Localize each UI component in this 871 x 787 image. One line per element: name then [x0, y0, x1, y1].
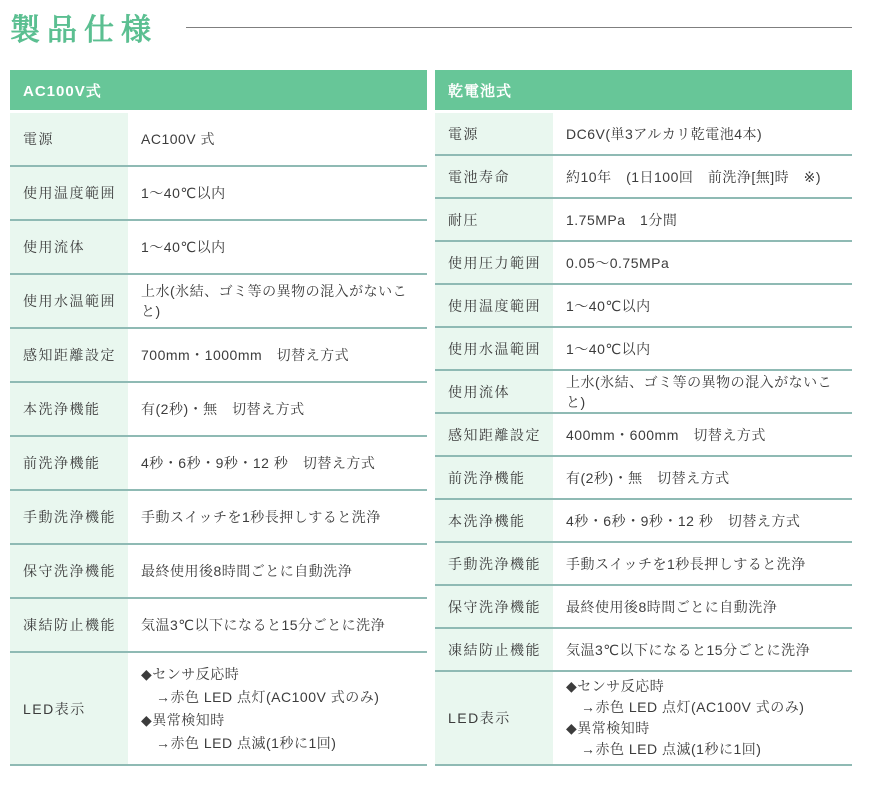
table-row-led: LED表示 ◆センサ反応時 →赤色 LED 点灯(AC100V 式のみ) ◆異常…	[10, 653, 427, 766]
table-row: 使用水温範囲 1〜40℃以内	[435, 328, 852, 371]
table-row: 使用圧力範囲 0.05〜0.75MPa	[435, 242, 852, 285]
row-label: 電池寿命	[435, 156, 553, 197]
row-label: 凍結防止機能	[10, 599, 128, 651]
led-line: →赤色 LED 点灯(AC100V 式のみ)	[566, 697, 804, 718]
row-value: 400mm・600mm 切替え方式	[553, 414, 852, 455]
row-value: 700mm・1000mm 切替え方式	[128, 329, 427, 381]
title-rule	[186, 27, 852, 28]
row-label: 手動洗浄機能	[10, 491, 128, 543]
row-value: AC100V 式	[128, 113, 427, 165]
table-row: 手動洗浄機能 手動スイッチを1秒長押しすると洗浄	[10, 491, 427, 545]
page-title: 製品仕様	[10, 5, 158, 49]
row-label: 電源	[435, 113, 553, 154]
row-label: LED表示	[435, 672, 553, 764]
led-line: ◆異常検知時	[141, 709, 225, 732]
table-row: 耐圧 1.75MPa 1分間	[435, 199, 852, 242]
table-row: 前洗浄機能 有(2秒)・無 切替え方式	[435, 457, 852, 500]
row-label: 手動洗浄機能	[435, 543, 553, 584]
row-label: 使用水温範囲	[435, 328, 553, 369]
row-label: LED表示	[10, 653, 128, 764]
table-row: 電源 AC100V 式	[10, 113, 427, 167]
led-line: →赤色 LED 点灯(AC100V 式のみ)	[141, 686, 379, 709]
row-value: 1〜40℃以内	[553, 328, 852, 369]
row-label: 使用圧力範囲	[435, 242, 553, 283]
table-row: 使用流体 1〜40℃以内	[10, 221, 427, 275]
led-line: →赤色 LED 点滅(1秒に1回)	[141, 732, 336, 755]
row-label: 凍結防止機能	[435, 629, 553, 670]
row-value: 気温3℃以下になると15分ごとに洗浄	[128, 599, 427, 651]
table-row: 前洗浄機能 4秒・6秒・9秒・12 秒 切替え方式	[10, 437, 427, 491]
led-line: ◆センサ反応時	[141, 663, 239, 686]
spec-table-ac100v: AC100V式 電源 AC100V 式 使用温度範囲 1〜40℃以内 使用流体 …	[10, 70, 427, 766]
row-label: 保守洗浄機能	[10, 545, 128, 597]
table-row: 使用流体 上水(氷結、ゴミ等の異物の混入がないこと)	[435, 371, 852, 414]
row-label: 使用温度範囲	[435, 285, 553, 326]
row-value: 4秒・6秒・9秒・12 秒 切替え方式	[553, 500, 852, 541]
row-label: 感知距離設定	[435, 414, 553, 455]
table-header-battery: 乾電池式	[435, 70, 852, 110]
row-label: 前洗浄機能	[10, 437, 128, 489]
led-line: ◆センサ反応時	[566, 676, 664, 697]
row-value: 0.05〜0.75MPa	[553, 242, 852, 283]
row-value: 1〜40℃以内	[553, 285, 852, 326]
row-value: 有(2秒)・無 切替え方式	[128, 383, 427, 435]
table-row: 使用温度範囲 1〜40℃以内	[10, 167, 427, 221]
spec-tables: AC100V式 電源 AC100V 式 使用温度範囲 1〜40℃以内 使用流体 …	[10, 70, 852, 766]
spec-table-battery: 乾電池式 電源 DC6V(単3アルカリ乾電池4本) 電池寿命 約10年 (1日1…	[435, 70, 852, 766]
row-value: 手動スイッチを1秒長押しすると洗浄	[553, 543, 852, 584]
spec-page: 製品仕様 AC100V式 電源 AC100V 式 使用温度範囲 1〜40℃以内 …	[0, 0, 871, 766]
row-label: 使用流体	[435, 371, 553, 412]
row-value: 気温3℃以下になると15分ごとに洗浄	[553, 629, 852, 670]
table-row: 感知距離設定 700mm・1000mm 切替え方式	[10, 329, 427, 383]
row-value: 4秒・6秒・9秒・12 秒 切替え方式	[128, 437, 427, 489]
table-row: 保守洗浄機能 最終使用後8時間ごとに自動洗浄	[435, 586, 852, 629]
row-value: 上水(氷結、ゴミ等の異物の混入がないこと)	[128, 275, 427, 327]
row-label: 使用流体	[10, 221, 128, 273]
table-header-ac100v: AC100V式	[10, 70, 427, 110]
title-row: 製品仕様	[10, 6, 852, 48]
table-row: 電源 DC6V(単3アルカリ乾電池4本)	[435, 113, 852, 156]
table-row: 感知距離設定 400mm・600mm 切替え方式	[435, 414, 852, 457]
row-value: DC6V(単3アルカリ乾電池4本)	[553, 113, 852, 154]
row-value: 1〜40℃以内	[128, 221, 427, 273]
table-row: 本洗浄機能 有(2秒)・無 切替え方式	[10, 383, 427, 437]
row-value-led: ◆センサ反応時 →赤色 LED 点灯(AC100V 式のみ) ◆異常検知時 →赤…	[553, 672, 852, 764]
row-value-led: ◆センサ反応時 →赤色 LED 点灯(AC100V 式のみ) ◆異常検知時 →赤…	[128, 653, 427, 764]
row-label: 本洗浄機能	[435, 500, 553, 541]
row-label: 前洗浄機能	[435, 457, 553, 498]
led-line: ◆異常検知時	[566, 718, 650, 739]
table-row: 使用温度範囲 1〜40℃以内	[435, 285, 852, 328]
row-value: 手動スイッチを1秒長押しすると洗浄	[128, 491, 427, 543]
row-label: 電源	[10, 113, 128, 165]
table-row: 保守洗浄機能 最終使用後8時間ごとに自動洗浄	[10, 545, 427, 599]
table-row: 電池寿命 約10年 (1日100回 前洗浄[無]時 ※)	[435, 156, 852, 199]
row-value: 約10年 (1日100回 前洗浄[無]時 ※)	[553, 156, 852, 197]
row-value: 1〜40℃以内	[128, 167, 427, 219]
table-row: 手動洗浄機能 手動スイッチを1秒長押しすると洗浄	[435, 543, 852, 586]
table-row-led: LED表示 ◆センサ反応時 →赤色 LED 点灯(AC100V 式のみ) ◆異常…	[435, 672, 852, 766]
led-line: →赤色 LED 点滅(1秒に1回)	[566, 739, 761, 760]
row-label: 使用水温範囲	[10, 275, 128, 327]
table-row: 本洗浄機能 4秒・6秒・9秒・12 秒 切替え方式	[435, 500, 852, 543]
row-value: 1.75MPa 1分間	[553, 199, 852, 240]
row-label: 本洗浄機能	[10, 383, 128, 435]
table-row: 凍結防止機能 気温3℃以下になると15分ごとに洗浄	[435, 629, 852, 672]
row-label: 耐圧	[435, 199, 553, 240]
row-value: 最終使用後8時間ごとに自動洗浄	[128, 545, 427, 597]
table-row: 凍結防止機能 気温3℃以下になると15分ごとに洗浄	[10, 599, 427, 653]
row-label: 保守洗浄機能	[435, 586, 553, 627]
row-value: 最終使用後8時間ごとに自動洗浄	[553, 586, 852, 627]
row-value: 上水(氷結、ゴミ等の異物の混入がないこと)	[553, 371, 852, 412]
table-row: 使用水温範囲 上水(氷結、ゴミ等の異物の混入がないこと)	[10, 275, 427, 329]
row-label: 感知距離設定	[10, 329, 128, 381]
row-value: 有(2秒)・無 切替え方式	[553, 457, 852, 498]
row-label: 使用温度範囲	[10, 167, 128, 219]
